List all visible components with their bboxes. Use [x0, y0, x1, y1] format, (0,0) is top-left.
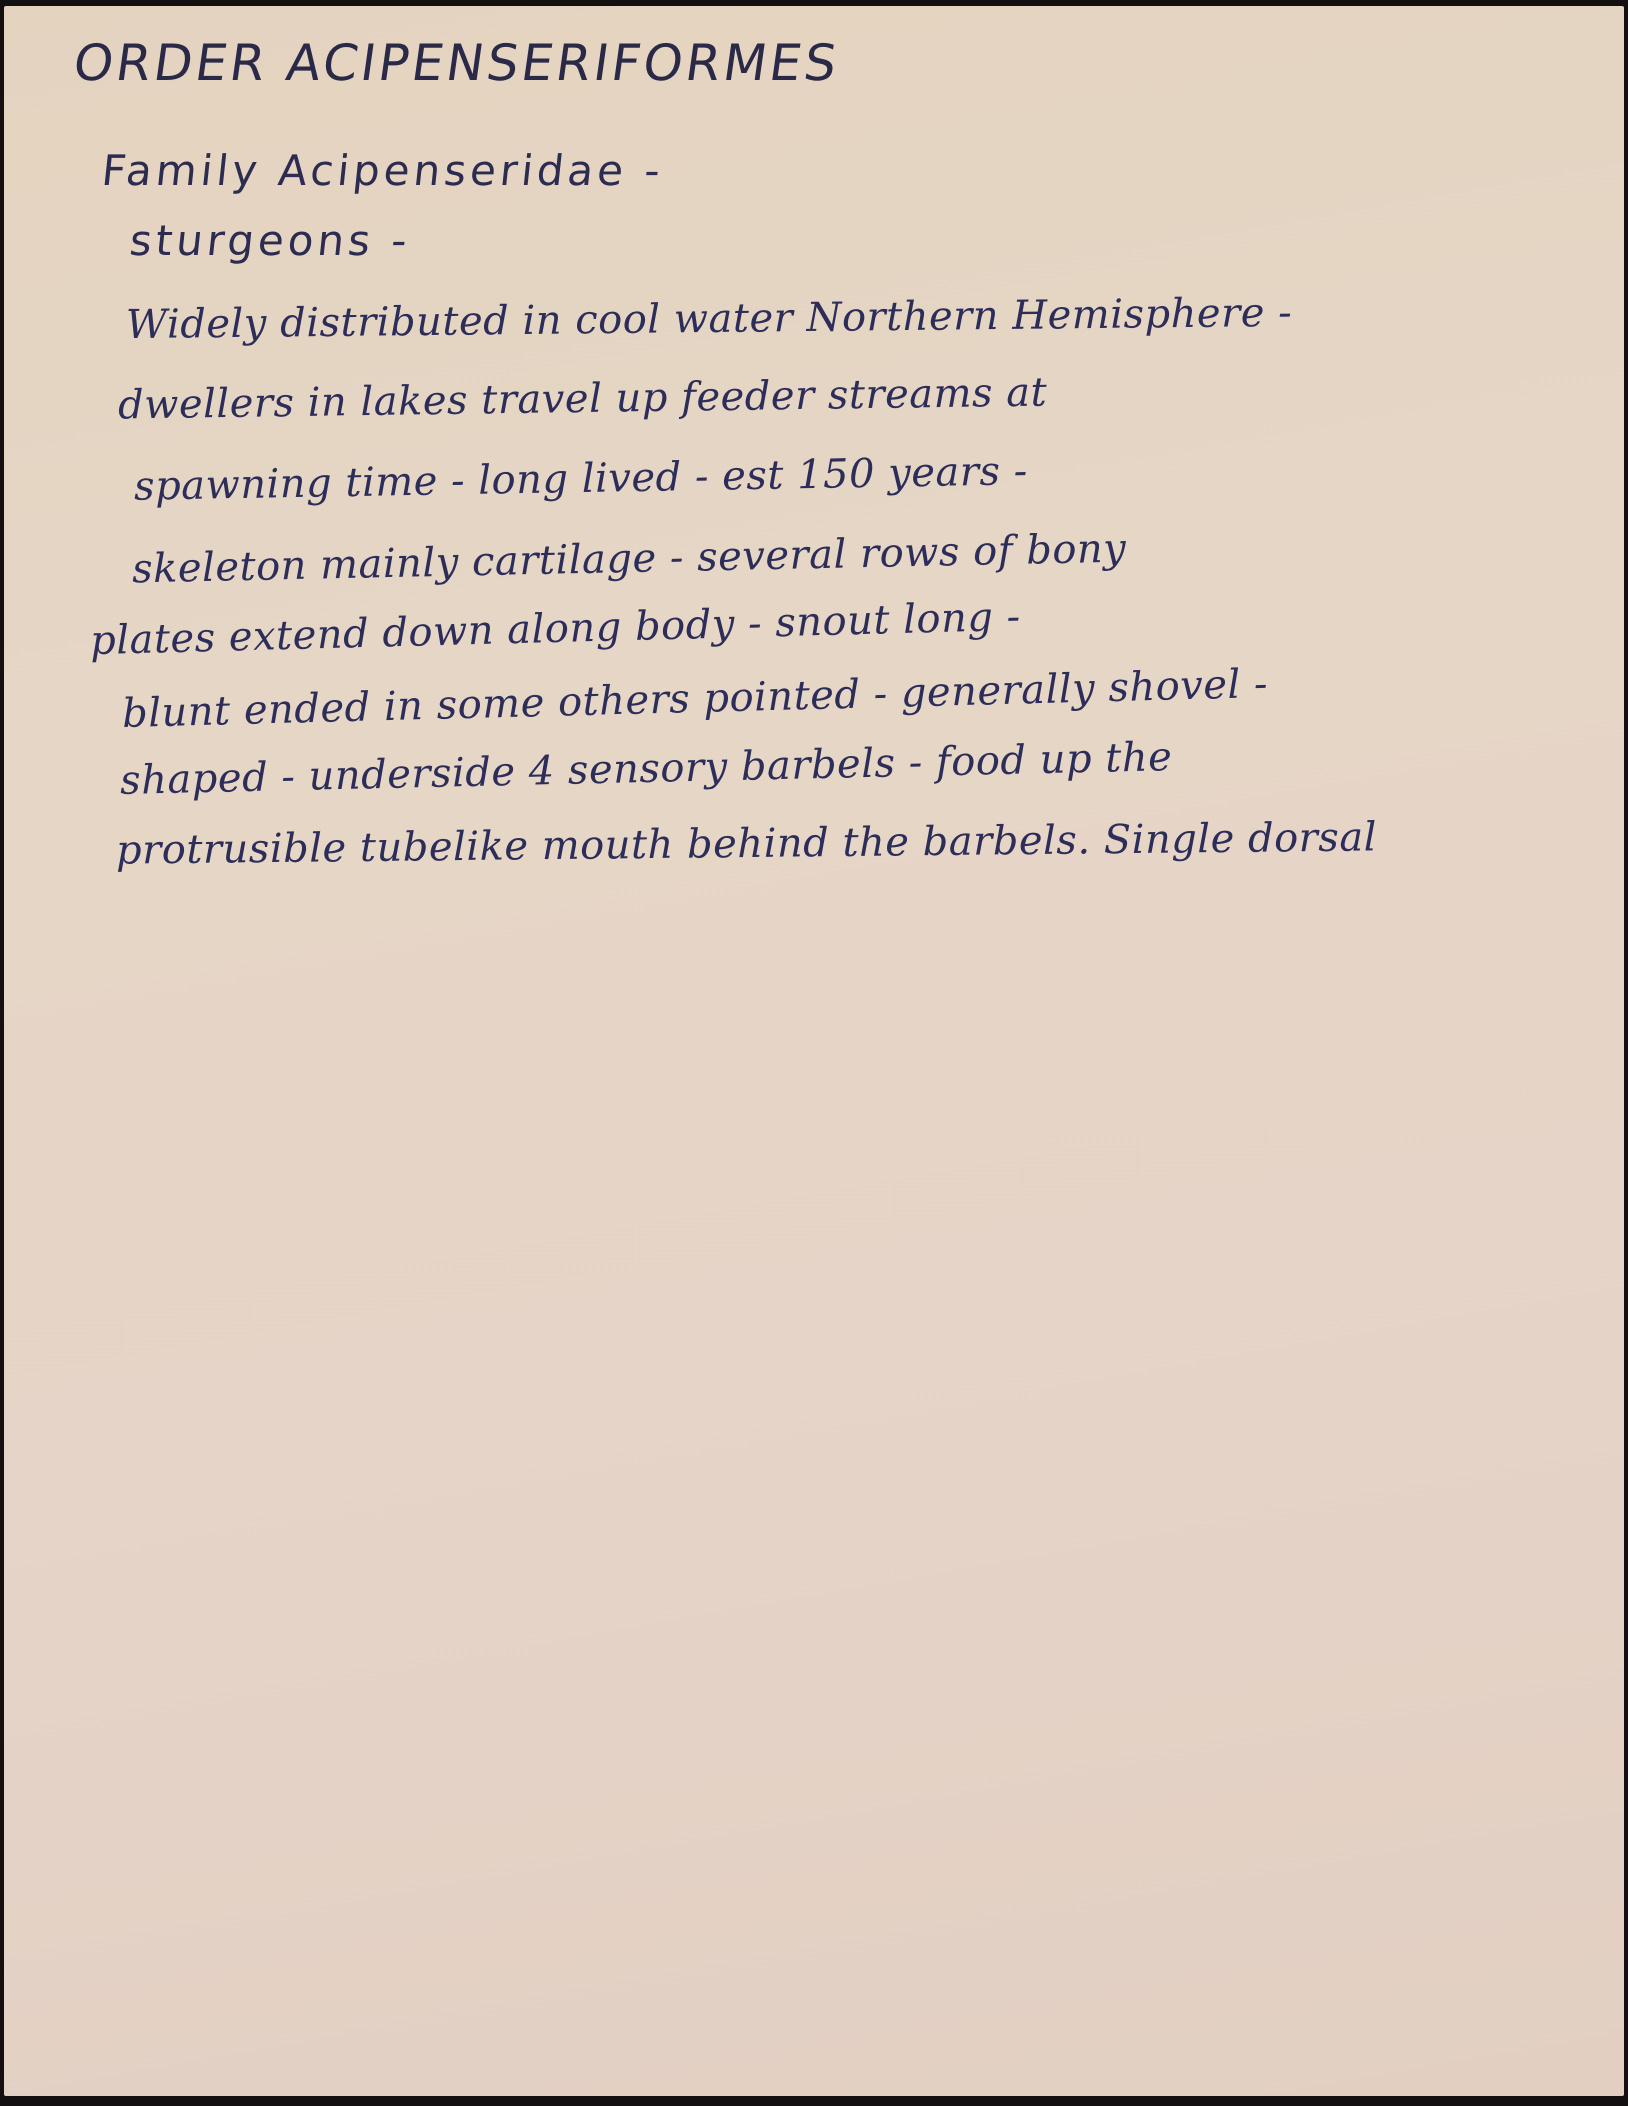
common-name: sturgeons -: [127, 216, 413, 265]
note-line-2: dwellers in lakes travel up feeder strea…: [118, 370, 1048, 429]
note-line-3: spawning time - long lived - est 150 yea…: [134, 448, 1028, 510]
note-line-5: plates extend down along body - snout lo…: [90, 594, 1022, 664]
note-line-4: skeleton mainly cartilage - several rows…: [132, 526, 1127, 593]
order-heading: ORDER ACIPENSERIFORMES: [70, 34, 843, 92]
family-heading: Family Acipenseridae -: [99, 146, 666, 195]
note-line-7: shaped - underside 4 sensory barbels - f…: [120, 734, 1173, 804]
note-line-8: protrusible tubelike mouth behind the ba…: [116, 814, 1377, 873]
handwritten-page: ORDER ACIPENSERIFORMES Family Acipenseri…: [4, 6, 1624, 2096]
note-line-6: blunt ended in some others pointed - gen…: [122, 661, 1269, 737]
note-line-1: Widely distributed in cool water Norther…: [126, 290, 1293, 348]
